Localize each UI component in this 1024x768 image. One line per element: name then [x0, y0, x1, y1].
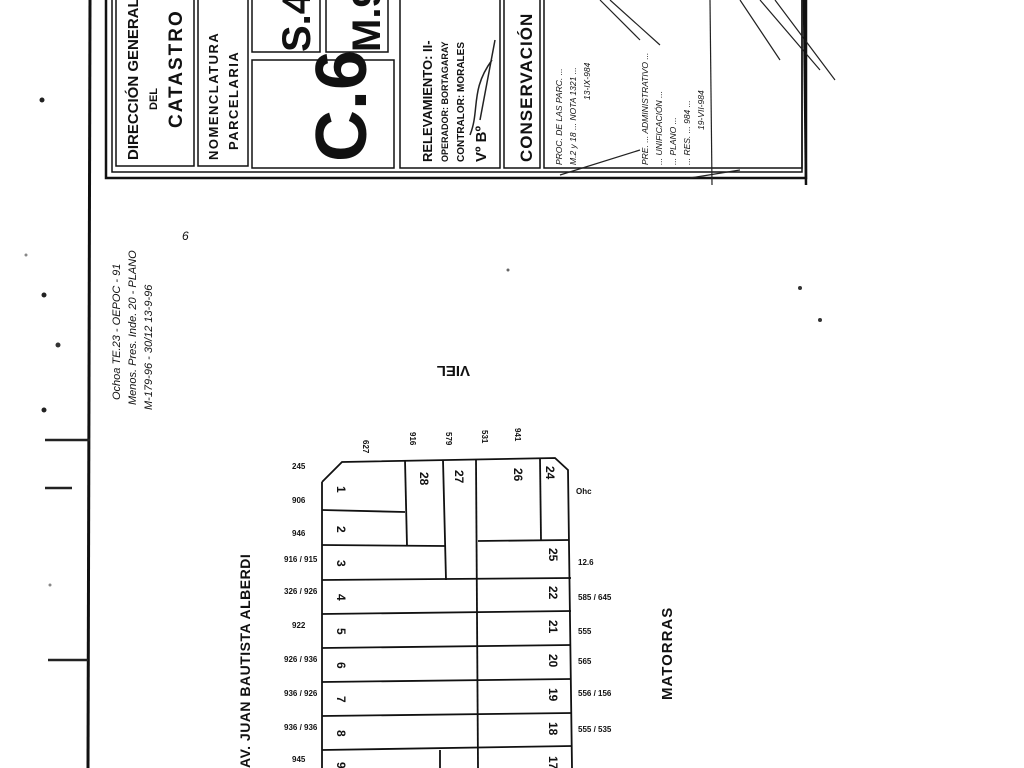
parcel-26: 26 — [511, 468, 525, 482]
survey-label: RELEVAMIENTO: II- — [420, 40, 435, 162]
conservation-note-8: 19-VII-984 — [696, 90, 706, 130]
dim-right-3: 585 / 645 — [578, 593, 612, 602]
conservation-note-4: PRE. ... ADMINISTRATIVO ... — [640, 53, 650, 165]
parcel-labels-right: 28 27 26 24 25 22 21 20 19 18 17 — [417, 466, 560, 768]
dim-left-3: 946 — [292, 529, 306, 538]
parcel-2: 2 — [334, 526, 348, 533]
conservation-note-7: ... RES. ... 984 ... — [682, 100, 692, 165]
nomenclature-line2: PARCELARIA — [226, 51, 241, 150]
margin-note-2: Menos. Pres. Inde. 20 - PLANO — [127, 250, 139, 405]
controller-label: CONTRALOR: MORALES — [456, 42, 467, 162]
block-outline — [322, 458, 572, 768]
dim-left-6: 922 — [292, 621, 306, 630]
svg-text:6: 6 — [182, 229, 189, 243]
parcel-18: 18 — [546, 722, 560, 736]
parcel-1: 1 — [334, 486, 348, 493]
parcel-7: 7 — [334, 696, 348, 703]
margin-note-1: Ochoa TE.23 - OEPOC - 91 — [111, 264, 123, 400]
dim-right-1: Ohc — [576, 487, 592, 496]
agency-line3: CATASTRO — [166, 9, 187, 128]
dim-left-7: 926 / 936 — [284, 655, 318, 664]
title-block: DIRECCIÓN GENERAL DEL CATASTRO NOMENCLAT… — [106, 0, 835, 185]
conservation-label: CONSERVACIÓN — [517, 13, 536, 162]
margin-note-3: M-179-96 - 30/12 13-9-96 — [143, 284, 155, 410]
dim-top-1: 627 — [361, 440, 370, 454]
dim-left-1: 245 — [292, 462, 306, 471]
conservation-note-6: ... PLANO ... — [668, 117, 678, 165]
cadastral-plat-document: DIRECCIÓN GENERAL DEL CATASTRO NOMENCLAT… — [0, 0, 1024, 768]
dim-left-4: 916 / 915 — [284, 555, 318, 564]
parcel-20: 20 — [546, 654, 560, 668]
dim-top-5: 941 — [513, 428, 522, 442]
parcel-5: 5 — [334, 628, 348, 635]
parcel-17: 17 — [546, 756, 560, 768]
dim-left-2: 906 — [292, 496, 306, 505]
dim-top-3: 579 — [444, 432, 453, 446]
dim-right-4: 555 — [578, 627, 592, 636]
street-matorras: MATORRAS — [659, 607, 676, 700]
parcel-4: 4 — [334, 594, 348, 601]
approval-label: Vº Bº — [473, 126, 490, 162]
operator-label: OPERADOR: BORTAGARAY — [440, 41, 450, 162]
margin-notes: Ochoa TE.23 - OEPOC - 91 Menos. Pres. In… — [111, 229, 189, 410]
parcel-24: 24 — [543, 466, 557, 480]
conservation-note-3: 13-IX-984 — [582, 62, 592, 100]
manzana-code: M.9 — [345, 0, 389, 52]
agency-line1: DIRECCIÓN GENERAL — [124, 0, 142, 160]
dim-left-10: 945 — [292, 755, 306, 764]
parcel-28: 28 — [417, 472, 431, 486]
parcel-labels-left: 1 2 3 4 5 6 7 8 9 — [334, 486, 348, 768]
nomenclature-line1: NOMENCLATURA — [206, 32, 221, 160]
street-alberdi: AV. JUAN BAUTISTA ALBERDI — [237, 554, 253, 768]
dim-left-8: 936 / 926 — [284, 689, 318, 698]
parcel-19: 19 — [546, 688, 560, 702]
parcel-27: 27 — [452, 470, 466, 484]
dim-right-6: 556 / 156 — [578, 689, 612, 698]
parcel-8: 8 — [334, 730, 348, 737]
dim-right-5: 565 — [578, 657, 592, 666]
dim-right-2: 12.6 — [578, 558, 594, 567]
street-viel: VIEL — [437, 362, 470, 379]
parcel-3: 3 — [334, 560, 348, 567]
parcel-21: 21 — [546, 620, 560, 634]
dim-left-5: 326 / 926 — [284, 587, 318, 596]
agency-line2: DEL — [148, 88, 160, 110]
conservation-note-5: ... UNIFICACIÓN ... — [654, 91, 664, 165]
dim-right-7: 555 / 535 — [578, 725, 612, 734]
parcel-22: 22 — [546, 586, 560, 600]
circ-code: C.6 — [302, 50, 382, 162]
conservation-note-1: PROC. DE LAS PARC. ... — [554, 68, 564, 165]
parcel-6: 6 — [334, 662, 348, 669]
dim-left-9: 936 / 936 — [284, 723, 318, 732]
conservation-note-2: M.2 y 18 ... NOTA 1321 ... — [568, 67, 578, 165]
dim-top-4: 531 — [480, 430, 489, 444]
dim-top-2: 916 — [408, 432, 417, 446]
parcel-9: 9 — [334, 762, 348, 768]
parcel-23: 25 — [546, 548, 560, 562]
section-code: S.4 — [275, 0, 319, 52]
